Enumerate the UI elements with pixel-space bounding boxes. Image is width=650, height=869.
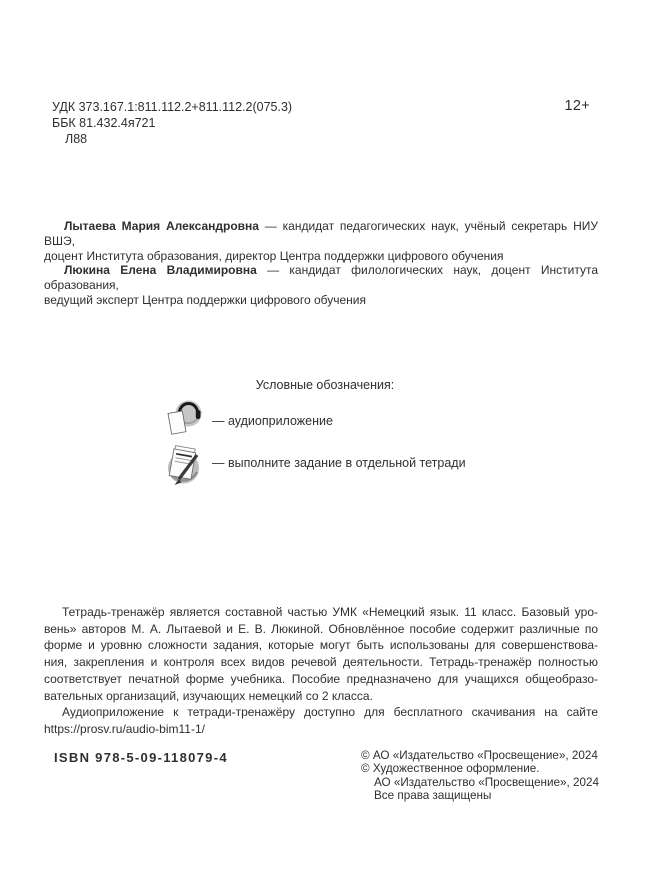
notebook-pencil-icon <box>164 443 204 489</box>
annotation-line: Тетрадь-тренажёр является составной част… <box>44 604 598 621</box>
authors-block: Лытаева Мария Александровна — кандидат п… <box>44 219 598 308</box>
copyright-line: © Художественное оформление. <box>361 762 599 775</box>
annotation-line: вень» авторов М. А. Лытаевой и Е. В. Люк… <box>44 621 598 638</box>
author-sign: Л88 <box>52 132 292 148</box>
copyright-line: Все права защищены <box>361 789 599 802</box>
author-line: Люкина Елена Владимировна — кандидат фил… <box>44 263 598 293</box>
age-rating-badge: 12+ <box>565 98 591 114</box>
book-imprint-page: УДК 373.167.1:811.112.2+811.112.2(075.3)… <box>0 0 650 869</box>
isbn: ISBN 978-5-09-118079-4 <box>54 750 228 765</box>
classification-codes: УДК 373.167.1:811.112.2+811.112.2(075.3)… <box>52 100 292 147</box>
author-line: ведущий эксперт Центра поддержки цифрово… <box>44 293 598 308</box>
author-name: Люкина Елена Владимировна <box>64 263 257 277</box>
headphones-audio-icon <box>167 399 203 441</box>
legend-item-notebook-label: — выполните задание в отдельной тетради <box>212 456 466 470</box>
copyright-block: © АО «Издательство «Просвещение», 2024© … <box>361 749 599 802</box>
annotation-line: ния, закрепления и контроля всех видов р… <box>44 654 598 671</box>
annotation-paragraph: Тетрадь-тренажёр является составной част… <box>44 604 598 704</box>
copyright-line: АО «Издательство «Просвещение», 2024 <box>361 776 599 789</box>
udk-code: УДК 373.167.1:811.112.2+811.112.2(075.3) <box>52 100 292 116</box>
bbk-code: ББК 81.432.4я721 <box>52 116 292 132</box>
annotation-line: форме и уровню сложности задания, которы… <box>44 637 598 654</box>
annotation-line: вательных организаций, изучающих немецки… <box>44 688 598 705</box>
author-line: доцент Института образования, директор Ц… <box>44 249 598 264</box>
annotation-line: соответствует печатной форме учебника. П… <box>44 671 598 688</box>
legend-title: Условные обозначения: <box>0 378 650 392</box>
audio-app-paragraph: Аудиоприложение к тетради-тренажёру дост… <box>44 704 598 737</box>
annotation-line: https://prosv.ru/audio-bim11-1/ <box>44 721 598 738</box>
annotation-line: Аудиоприложение к тетради-тренажёру дост… <box>44 704 598 721</box>
legend-item-audio-label: — аудиоприложение <box>212 414 333 428</box>
copyright-line: © АО «Издательство «Просвещение», 2024 <box>361 749 599 762</box>
author-line: Лытаева Мария Александровна — кандидат п… <box>44 219 598 249</box>
author-name: Лытаева Мария Александровна <box>64 219 259 233</box>
